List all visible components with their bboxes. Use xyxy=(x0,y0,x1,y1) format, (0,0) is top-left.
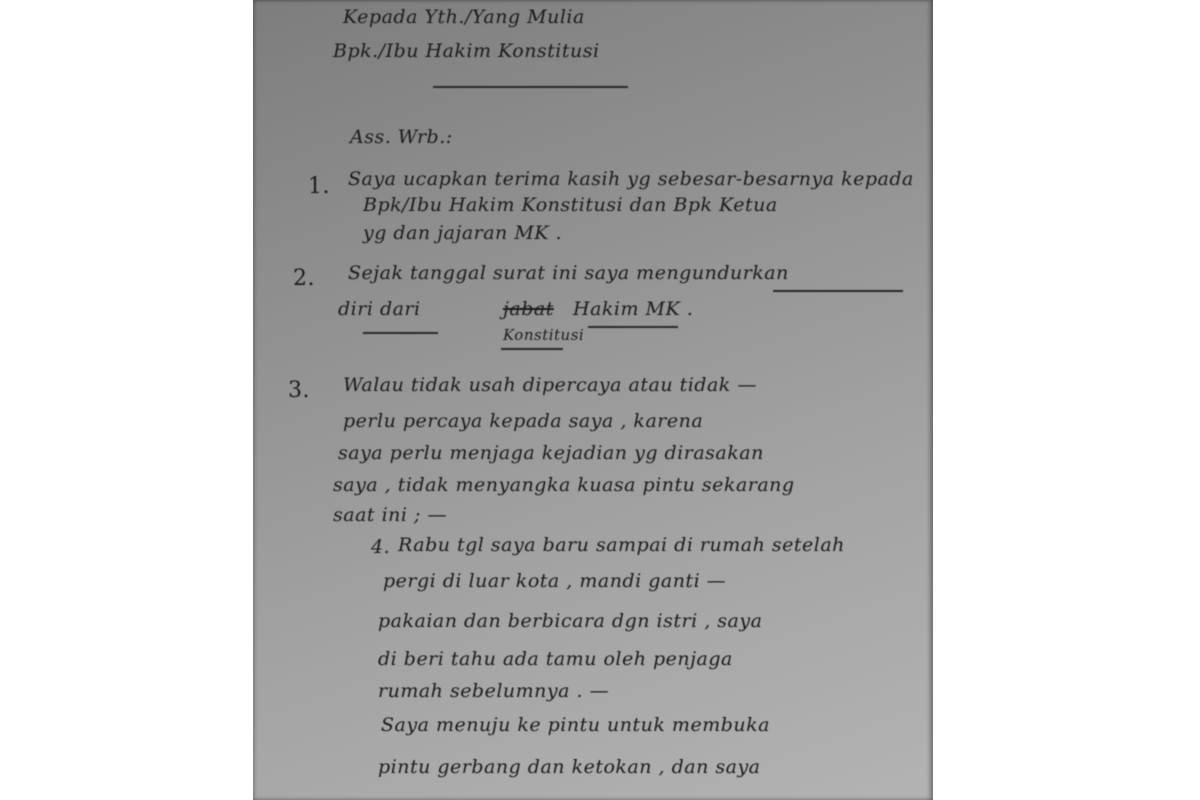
item-4-number: 4. xyxy=(371,538,390,557)
item-1-line-2: Bpk/Ibu Hakim Konstitusi dan Bpk Ketua xyxy=(363,196,778,215)
item-1-line-1: Saya ucapkan terima kasih yg sebesar-bes… xyxy=(348,170,914,189)
salutation-line-2: Bpk./Ibu Hakim Konstitusi xyxy=(333,42,600,61)
item-4-line-6: Saya menuju ke pintu untuk membuka xyxy=(381,716,770,735)
item-2-line-1: Sejak tanggal surat ini saya mengundurka… xyxy=(348,264,789,283)
item-2-line-2: diri dari xyxy=(338,300,421,319)
item-4-line-1: Rabu tgl saya baru sampai di rumah setel… xyxy=(398,536,845,555)
item-3-number: 3. xyxy=(288,380,310,402)
item-2-number: 2. xyxy=(293,268,315,290)
underline-insert xyxy=(501,348,563,350)
item-2-line-3: Hakim MK . xyxy=(573,300,693,319)
handwritten-letter-page: Kepada Yth./Yang Mulia Bpk./Ibu Hakim Ko… xyxy=(253,0,933,800)
item-4-line-7: pintu gerbang dan ketokan , dan saya xyxy=(378,758,761,777)
item-1-number: 1. xyxy=(308,176,330,198)
item-3-line-3: saya perlu menjaga kejadian yg dirasakan xyxy=(338,444,764,463)
item-3-line-5: saat ini ; — xyxy=(333,506,447,525)
item-1-line-3: yg dan jajaran MK . xyxy=(363,224,562,243)
item-3-line-2: perlu percaya kepada saya , karena xyxy=(343,412,703,431)
header-divider xyxy=(433,86,628,88)
item-2-struck-word: jabat xyxy=(503,300,554,319)
salutation-line-1: Kepada Yth./Yang Mulia xyxy=(343,8,585,27)
item-3-line-1: Walau tidak usah dipercaya atau tidak — xyxy=(343,376,757,395)
item-3-line-4: saya , tidak menyangka kuasa pintu sekar… xyxy=(333,476,795,495)
underline-hakim xyxy=(588,326,678,328)
greeting: Ass. Wrb.: xyxy=(350,128,453,147)
item-4-line-5: rumah sebelumnya . — xyxy=(378,682,609,701)
item-2-insert: Konstitusi xyxy=(503,328,584,343)
item-4-line-2: pergi di luar kota , mandi ganti — xyxy=(383,572,726,591)
underline-mengundurkan xyxy=(773,290,903,292)
underline-diri xyxy=(363,332,438,334)
item-4-line-3: pakaian dan berbicara dgn istri , saya xyxy=(378,612,762,631)
item-4-line-4: di beri tahu ada tamu oleh penjaga xyxy=(378,650,733,669)
